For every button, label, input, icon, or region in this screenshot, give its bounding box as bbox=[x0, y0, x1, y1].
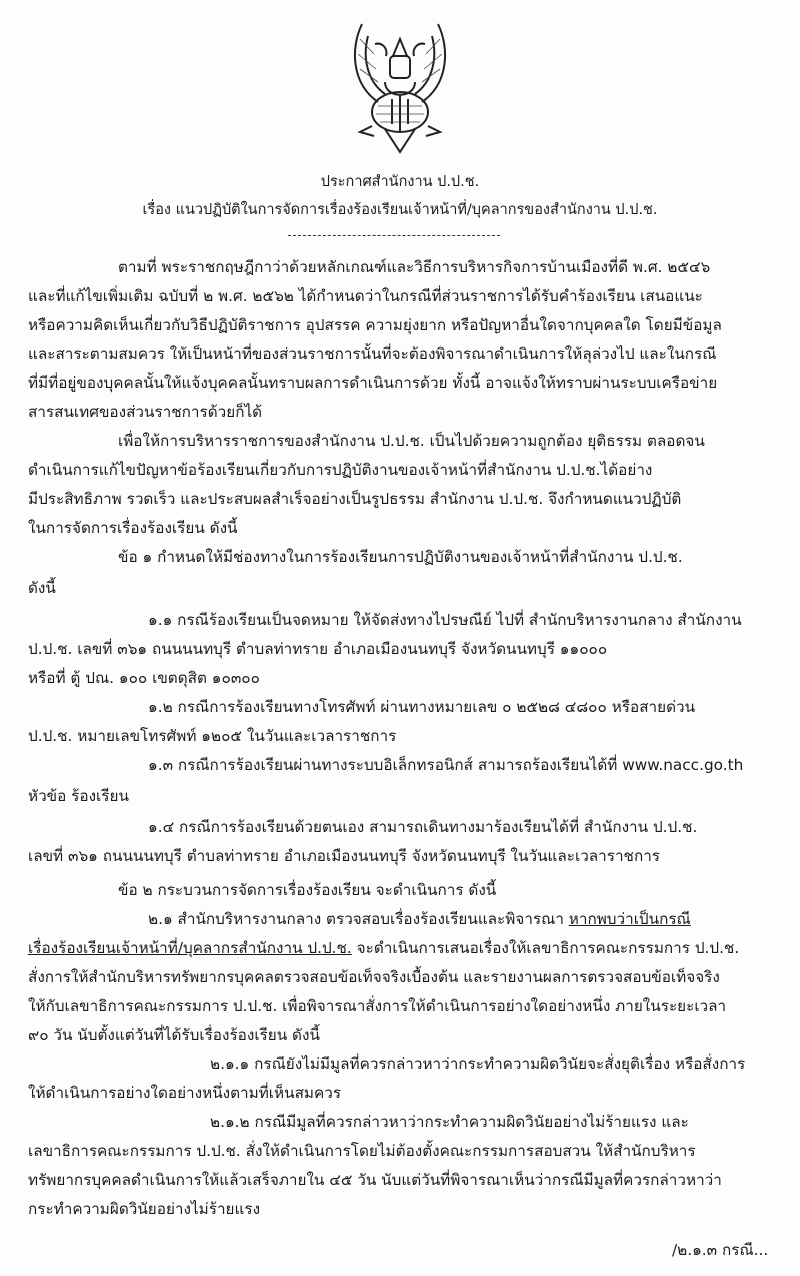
document-line: ๒.๑.๒ กรณีมีมูลที่ควรกล่าวหาว่ากระทำความ… bbox=[210, 1112, 689, 1132]
document-line: ให้กับเลขาธิการคณะกรรมการ ป.ป.ช. เพื่อพิ… bbox=[28, 996, 726, 1016]
title-divider bbox=[288, 235, 500, 236]
document-line: เลขาธิการคณะกรรมการ ป.ป.ช. สั่งให้ดำเนิน… bbox=[28, 1141, 696, 1161]
document-line: ๑.๑ กรณีร้องเรียนเป็นจดหมาย ให้จัดส่งทาง… bbox=[148, 610, 742, 630]
document-line: และที่แก้ไขเพิ่มเติม ฉบับที่ ๒ พ.ศ. ๒๕๖๒… bbox=[28, 286, 703, 306]
document-line: ที่มีที่อยู่ของบุคคลนั้นให้แจ้งบุคคลนั้น… bbox=[28, 373, 717, 393]
document-line: เรื่องร้องเรียนเจ้าหน้าที่/บุคลากรสำนักง… bbox=[28, 938, 739, 958]
document-line: กระทำความผิดวินัยอย่างไม่ร้ายแรง bbox=[28, 1199, 260, 1219]
document-line: สั่งการให้สำนักบริหารทรัพยากรบุคคลตรวจสอ… bbox=[28, 967, 720, 987]
document-line: ๑.๔ กรณีการร้องเรียนด้วยตนเอง สามารถเดิน… bbox=[148, 817, 697, 837]
document-line: ในการจัดการเรื่องร้องเรียน ดังนี้ bbox=[28, 518, 238, 538]
underlined-text: หากพบว่าเป็นกรณี bbox=[569, 910, 691, 928]
document-line: หัวข้อ ร้องเรียน bbox=[28, 786, 129, 806]
announcement-title: ประกาศสำนักงาน ป.ป.ช. bbox=[0, 170, 800, 193]
document-line: และสาระตามสมควร ให้เป็นหน้าที่ของส่วนราช… bbox=[28, 344, 716, 364]
document-line: ตามที่ พระราชกฤษฎีกาว่าด้วยหลักเกณฑ์และว… bbox=[118, 257, 710, 277]
document-line: ดำเนินการแก้ไขปัญหาข้อร้องเรียนเกี่ยวกับ… bbox=[28, 460, 652, 480]
document-line: ๒.๑.๑ กรณียังไม่มีมูลที่ควรกล่าวหาว่ากระ… bbox=[210, 1054, 745, 1074]
document-line: ทรัพยากรบุคคลดำเนินการให้แล้วเสร็จภายใน … bbox=[28, 1170, 722, 1190]
document-line: สารสนเทศของส่วนราชการด้วยก็ได้ bbox=[28, 402, 262, 422]
document-line: ข้อ ๒ กระบวนการจัดการเรื่องร้องเรียน จะด… bbox=[118, 880, 496, 900]
document-page: ประกาศสำนักงาน ป.ป.ช. เรื่อง แนวปฏิบัติใ… bbox=[0, 0, 800, 1276]
document-line: เลขที่ ๓๖๑ ถนนนนทบุรี ตำบลท่าทราย อำเภอเ… bbox=[28, 846, 660, 866]
document-line: ๙๐ วัน นับตั้งแต่วันที่ได้รับเรื่องร้องเ… bbox=[28, 1025, 320, 1045]
document-line: ป.ป.ช. เลขที่ ๓๖๑ ถนนนนทบุรี ตำบลท่าทราย… bbox=[28, 639, 607, 659]
document-line: ๑.๓ กรณีการร้องเรียนผ่านทางระบบอิเล็กทรอ… bbox=[148, 755, 743, 775]
document-line: ให้ดำเนินการอย่างใดอย่างหนึ่งตามที่เห็นส… bbox=[28, 1083, 341, 1103]
document-line: มีประสิทธิภาพ รวดเร็ว และประสบผลสำเร็จอย… bbox=[28, 489, 681, 509]
document-line: ป.ป.ช. หมายเลขโทรศัพท์ ๑๒๐๕ ในวันและเวลา… bbox=[28, 726, 396, 746]
garuda-emblem-icon bbox=[330, 14, 470, 154]
document-line: เพื่อให้การบริหารราชการของสำนักงาน ป.ป.ช… bbox=[118, 431, 705, 451]
document-line: ๒.๑ สำนักบริหารงานกลาง ตรวจสอบเรื่องร้อง… bbox=[148, 909, 691, 929]
underlined-text: เรื่องร้องเรียนเจ้าหน้าที่/บุคลากรสำนักง… bbox=[28, 939, 352, 957]
continuation-note: /๒.๑.๓ กรณี... bbox=[672, 1240, 768, 1260]
document-line: ข้อ ๑ กำหนดให้มีช่องทางในการร้องเรียนการ… bbox=[118, 547, 683, 567]
document-line: หรือที่ ตู้ ปณ. ๑๐๐ เขตดุสิต ๑๐๓๐๐ bbox=[28, 668, 260, 688]
document-line: ๑.๒ กรณีการร้องเรียนทางโทรศัพท์ ผ่านทางห… bbox=[148, 697, 695, 717]
document-line: ดังนี้ bbox=[28, 578, 56, 598]
announcement-subject: เรื่อง แนวปฏิบัติในการจัดการเรื่องร้องเร… bbox=[0, 198, 800, 221]
document-line: หรือความคิดเห็นเกี่ยวกับวิธีปฏิบัติราชกา… bbox=[28, 315, 722, 335]
